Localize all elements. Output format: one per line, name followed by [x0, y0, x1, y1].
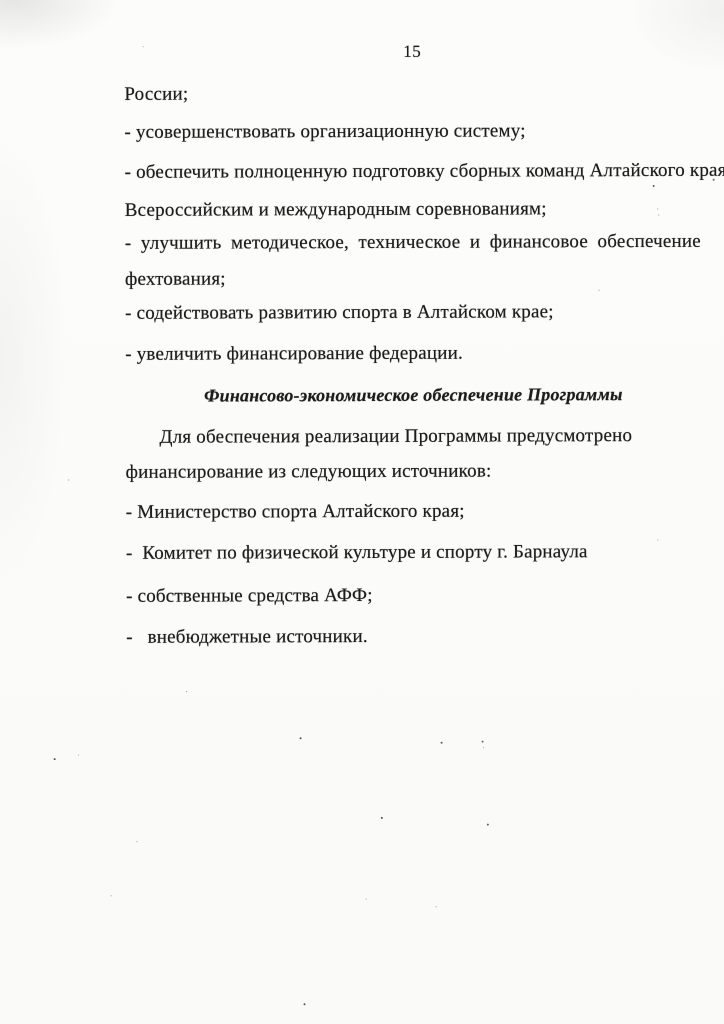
document-text: России; - усовершенствовать организацион…: [124, 73, 702, 657]
bullet-line: - обеспечить полноценную подготовку сбор…: [125, 151, 701, 192]
paragraph-line-wrap: финансирование из следующих источников:: [126, 451, 702, 492]
bullet-line: - собственные средства АФФ;: [126, 575, 702, 616]
bullet-line: - содействовать развитию спорта в Алтайс…: [125, 292, 701, 333]
bullet-line: - Министерство спорта Алтайского края;: [126, 491, 702, 532]
bullet-line: - улучшить методическое, техническое и ф…: [125, 222, 701, 263]
scan-noise-specks: [0, 1, 2, 3]
text-line-continuation: России;: [124, 73, 700, 114]
page-number: 15: [124, 41, 700, 63]
scanned-document-page: 15 России; - усовершенствовать организац…: [0, 0, 724, 1024]
section-heading: Финансово-экономическое обеспечение Прог…: [125, 375, 701, 416]
paragraph-line: Для обеспечения реализации Программы пре…: [125, 416, 701, 457]
bullet-line: - Комитет по физической культуре и спорт…: [126, 532, 702, 573]
page-sheet: 15 России; - усовершенствовать организац…: [0, 0, 724, 1024]
bullet-line: - увеличить финансирование федерации.: [125, 333, 701, 374]
bullet-line: - внебюджетные источники.: [126, 616, 702, 657]
bullet-line: - усовершенствовать организационную сист…: [124, 111, 700, 152]
